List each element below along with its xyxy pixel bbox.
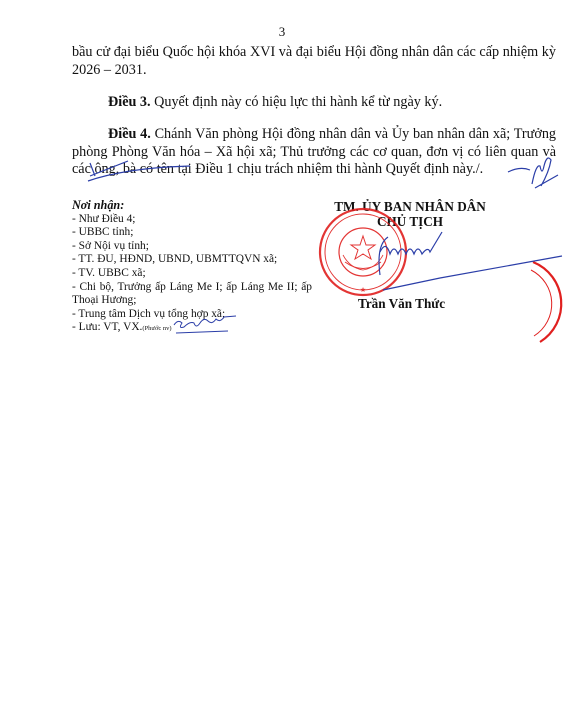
signature-title: CHỦ TỊCH xyxy=(320,214,500,229)
signature-org: TM. ỦY BAN NHÂN DÂN xyxy=(320,199,500,214)
recipient-item: - TV. UBBC xã; xyxy=(72,267,312,281)
article-3-paragraph: Điều 3. Quyết định này có hiệu lực thi h… xyxy=(72,94,556,112)
page-number: 3 xyxy=(0,24,564,40)
article-3-text: Quyết định này có hiệu lực thi hành kể t… xyxy=(151,94,443,110)
recipient-item-archive: - Lưu: VT, VX.(Phước nv) xyxy=(72,321,312,336)
recipient-item: - TT. ĐU, HĐND, UBND, UBMTTQVN xã; xyxy=(72,253,312,267)
signer-name: Trần Văn Thức xyxy=(358,296,445,312)
archive-note: (Phước nv) xyxy=(142,325,171,332)
article-4-label: Điều 4. xyxy=(108,126,151,142)
recipients-block: Nơi nhận: - Như Điều 4; - UBBC tỉnh; - S… xyxy=(72,199,312,336)
signature-header: TM. ỦY BAN NHÂN DÂN CHỦ TỊCH xyxy=(320,199,500,229)
chairman-signature-icon xyxy=(379,232,562,290)
recipient-item: - UBBC tỉnh; xyxy=(72,226,312,240)
recipient-item: - Chi bộ, Trưởng ấp Láng Me I; ấp Láng M… xyxy=(72,281,312,308)
article-4-paragraph: Điều 4. Chánh Văn phòng Hội đồng nhân dâ… xyxy=(72,126,556,179)
recipients-title: Nơi nhận: xyxy=(72,199,312,213)
svg-text:★: ★ xyxy=(360,286,366,294)
partial-stamp-icon xyxy=(531,262,561,342)
archive-label: - Lưu: VT, VX. xyxy=(72,321,142,333)
recipient-item: - Trung tâm Dịch vụ tổng hợp xã; xyxy=(72,308,312,322)
article-3-label: Điều 3. xyxy=(108,94,151,110)
recipient-item: - Sở Nội vụ tỉnh; xyxy=(72,240,312,254)
continuation-paragraph: bầu cử đại biểu Quốc hội khóa XVI và đại… xyxy=(72,44,556,79)
recipient-item: - Như Điều 4; xyxy=(72,213,312,227)
